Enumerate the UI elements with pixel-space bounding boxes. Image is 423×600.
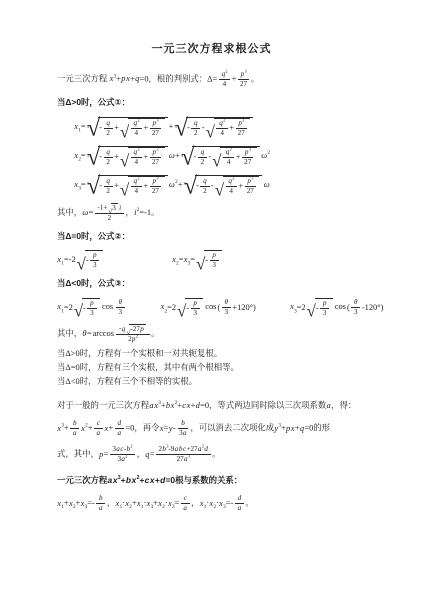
theta-definition: 其中，θ=arccos-q√-27p2p2。 <box>57 324 389 344</box>
vieta-formulas: x1+x2+x3=-ba，x1·x2+x1·x3+x2·x3=ca，x1·x2·… <box>57 494 389 513</box>
cube-root: 3√-q2+√q24+p327 <box>87 116 168 138</box>
square-root: √-p3 <box>77 250 103 270</box>
square-root: √-p3 <box>307 298 333 318</box>
doc-title: 一元三次方程求根公式 <box>57 40 366 56</box>
formula-zero-roots: x1=-2√-p3x2=x3=√-p3 <box>57 250 389 270</box>
root-nature-negative: 当Δ<0时，方程有三个不相等的实根。 <box>57 375 389 389</box>
general-equation-paragraph: 对于一般的一元三次方程ax3+bx2+cx+d=0，等式两边同时除以三次项系数a… <box>57 399 389 412</box>
case-zero-heading: 当Δ=0时，公式②： <box>57 230 389 243</box>
square-root: √-p3 <box>196 250 222 270</box>
cube-root: 3√-q2+√q24+p327 <box>87 174 168 196</box>
root-nature-zero: 当Δ=0时，方程有三个实根，其中有两个根相等。 <box>57 361 389 375</box>
cube-root: 3√-q2-√q24+p327 <box>183 174 262 196</box>
square-root: √q24+p327 <box>120 176 165 196</box>
case-positive-heading: 当Δ>0时，公式①： <box>57 96 389 109</box>
square-root: √q24+p327 <box>206 118 251 138</box>
formula-x3: x3=3√-q2+√q24+p327ω2+3√-q2-√q24+p327ω <box>74 174 389 196</box>
scanned-document: { "doc": { "title": "一元三次方程求根公式", "block… <box>0 0 423 600</box>
document-page: 一元三次方程求根公式 一元三次方程 x3+px+q=0，根的判别式：Δ=q24+… <box>0 0 423 513</box>
vieta-heading: 一元三次方程ax3+bx2+cx+d=0根与系数的关系： <box>57 474 389 487</box>
formula-x1: x1=3√-q2+√q24+p327+3√-q2-√q24+p327 <box>74 116 389 138</box>
square-root: √q24+p327 <box>120 147 165 167</box>
cube-root: 3√-q2+√q24+p327 <box>87 145 168 167</box>
square-root: √q24+p327 <box>212 147 257 167</box>
square-root: √q24+p327 <box>120 118 165 138</box>
pq-definitions-line: 式，其中，p=3ac-b23a2，q=2b3-9abc+27a2d27a3。 <box>57 445 389 464</box>
cube-root: 3√-q2-√q24+p327 <box>174 116 253 138</box>
depressed-equation-line: x3+bax2+cax+da=0，再令x=y-b3a，可以消去二次项化成y3+p… <box>57 419 389 438</box>
square-root: √-27p <box>127 324 147 334</box>
square-root: √q24+p327 <box>215 176 260 196</box>
root-nature-positive: 当Δ>0时，方程有一个实根和一对共轭复根。 <box>57 347 389 361</box>
cube-root: 3√-q2-√q24+p327 <box>181 145 260 167</box>
square-root: √-p3 <box>74 298 100 318</box>
formula-x2: x2=3√-q2+√q24+p327ω+3√-q2-√q24+p327ω2 <box>74 145 389 167</box>
square-root: √-p3 <box>177 298 203 318</box>
omega-definition: 其中，ω=-1+√3i2，i2=-1。 <box>57 203 389 223</box>
case-negative-heading: 当Δ<0时，公式③： <box>57 277 389 290</box>
intro-discriminant-line: 一元三次方程 x3+px+q=0，根的判别式：Δ=q24+p327。 <box>57 70 389 89</box>
square-root: √3 <box>108 203 117 213</box>
formula-trig-roots: x1=2√-p3cosθ3x2=2√-p3cos(θ3+120°)x3=2√-p… <box>57 298 389 318</box>
